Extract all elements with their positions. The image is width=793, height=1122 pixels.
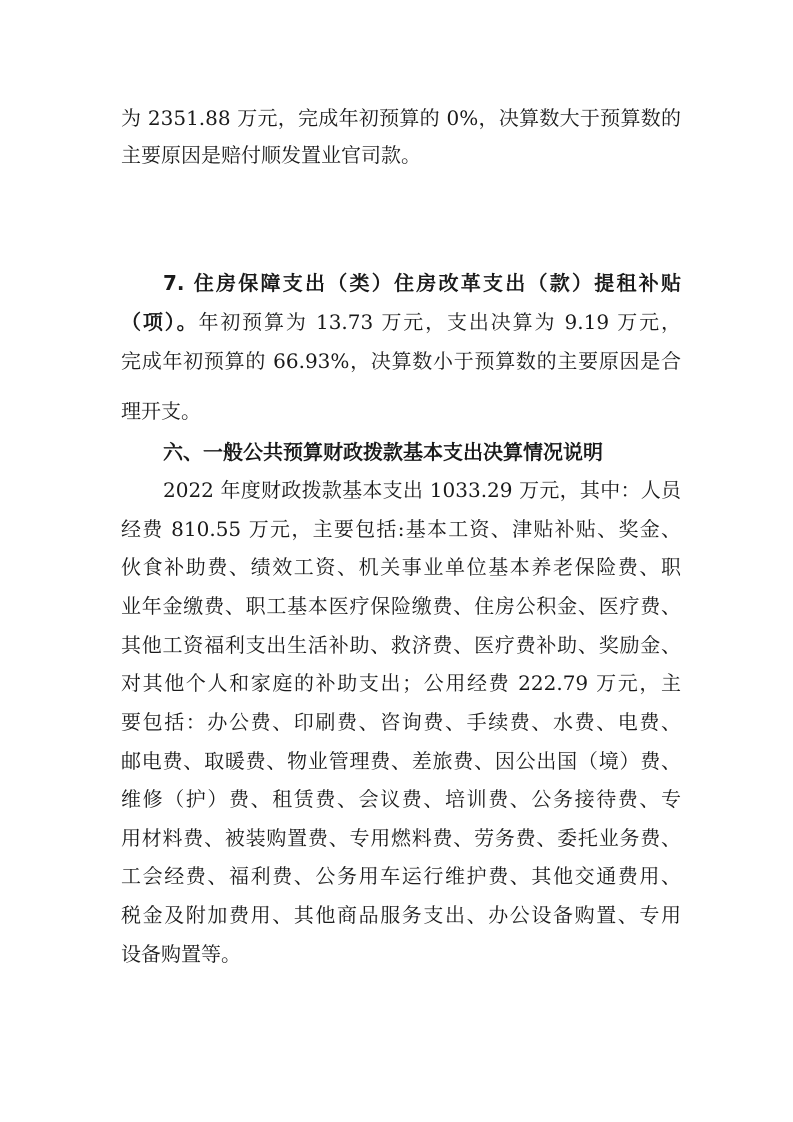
paragraph-line: 工会经费、福利费、公务用车运行维护费、其他交通费用、: [121, 857, 681, 895]
paragraph-line: 其他工资福利支出生活补助、救济费、医疗费补助、奖励金、: [121, 626, 681, 664]
paragraph-line: 伙食补助费、绩效工资、机关事业单位基本养老保险费、职: [121, 548, 681, 586]
paragraph-line: （项）。年初预算为 13.73 万元，支出决算为 9.19 万元，: [121, 303, 681, 341]
paragraph-line: 业年金缴费、职工基本医疗保险缴费、住房公积金、医疗费、: [121, 587, 681, 625]
paragraph-line: 对其他个人和家庭的补助支出；公用经费 222.79 万元，主: [121, 664, 681, 702]
paragraph-line: 税金及附加费用、其他商品服务支出、办公设备购置、专用: [121, 896, 681, 934]
paragraph-line: 设备购置等。: [121, 935, 681, 973]
section-6-heading: 六、一般公共预算财政拨款基本支出决算情况说明: [163, 433, 681, 471]
paragraph-line: 用材料费、被装购置费、专用燃料费、劳务费、委托业务费、: [121, 819, 681, 857]
paragraph-line: 2022 年度财政拨款基本支出 1033.29 万元，其中：人员: [163, 471, 681, 509]
paragraph-line: 主要原因是赔付顺发置业官司款。: [121, 136, 681, 174]
item-7-text: 年初预算为 13.73 万元，支出决算为 9.19 万元，: [198, 310, 681, 334]
paragraph-line: 理开支。: [121, 392, 681, 430]
paragraph-line: 邮电费、取暖费、物业管理费、差旅费、因公出国（境）费、: [121, 742, 681, 780]
item-7-heading: 7. 住房保障支出（类）住房改革支出（款）提租补贴: [163, 264, 681, 302]
paragraph-line: 完成年初预算的 66.93%，决算数小于预算数的主要原因是合: [121, 342, 681, 380]
paragraph-line: 要包括：办公费、印刷费、咨询费、手续费、水费、电费、: [121, 703, 681, 741]
paragraph-line: 维修（护）费、租赁费、会议费、培训费、公务接待费、专: [121, 780, 681, 818]
paragraph-line: 为 2351.88 万元，完成年初预算的 0%，决算数大于预算数的: [121, 99, 681, 137]
item-7-heading-end: （项）。: [121, 310, 198, 334]
document-page: 为 2351.88 万元，完成年初预算的 0%，决算数大于预算数的 主要原因是赔…: [0, 0, 793, 1122]
paragraph-line: 经费 810.55 万元，主要包括:基本工资、津贴补贴、奖金、: [121, 510, 681, 548]
